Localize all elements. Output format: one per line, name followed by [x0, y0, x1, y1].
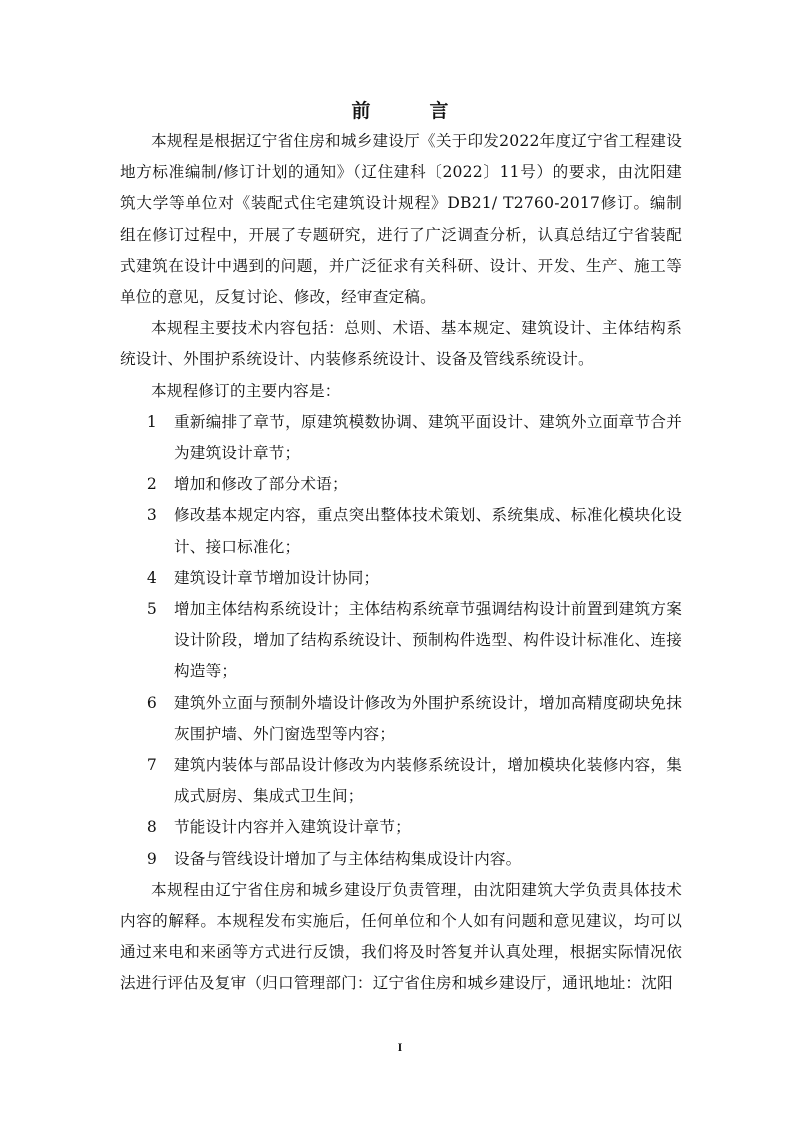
- revision-number: 6: [120, 688, 174, 750]
- page-title-text: 前 言: [351, 100, 468, 122]
- revision-number: 8: [120, 812, 174, 843]
- revision-text: 建筑外立面与预制外墙设计修改为外围护系统设计，增加高精度砌块免抹灰围护墙、外门窗…: [174, 688, 682, 750]
- revision-number: 4: [120, 563, 174, 594]
- revision-number: 9: [120, 844, 174, 875]
- technical-content-paragraph: 本规程主要技术内容包括：总则、术语、基本规定、建筑设计、主体结构系统设计、外围护…: [120, 313, 682, 375]
- document-page: 前 言 本规程是根据辽宁省住房和城乡建设厅《关于印发2022年度辽宁省工程建设地…: [0, 0, 800, 1132]
- revision-number: 5: [120, 594, 174, 688]
- revision-item: 8 节能设计内容并入建筑设计章节；: [120, 812, 682, 843]
- closing-paragraph: 本规程由辽宁省住房和城乡建设厅负责管理，由沈阳建筑大学负责具体技术内容的解释。本…: [120, 875, 682, 1000]
- revision-text: 增加主体结构系统设计；主体结构系统章节强调结构设计前置到建筑方案设计阶段，增加了…: [174, 594, 682, 688]
- revision-text: 建筑内装体与部品设计修改为内装修系统设计，增加模块化装修内容，集成式厨房、集成式…: [174, 750, 682, 812]
- revision-item: 7 建筑内装体与部品设计修改为内装修系统设计，增加模块化装修内容，集成式厨房、集…: [120, 750, 682, 812]
- revision-text: 重新编排了章节，原建筑模数协调、建筑平面设计、建筑外立面章节合并为建筑设计章节；: [174, 407, 682, 469]
- revision-intro-paragraph: 本规程修订的主要内容是：: [120, 376, 682, 407]
- revision-text: 设备与管线设计增加了与主体结构集成设计内容。: [174, 844, 682, 875]
- revision-number: 3: [120, 500, 174, 562]
- page-title: 前 言: [0, 99, 800, 123]
- revision-item: 9 设备与管线设计增加了与主体结构集成设计内容。: [120, 844, 682, 875]
- revision-number: 1: [120, 407, 174, 469]
- intro-paragraph: 本规程是根据辽宁省住房和城乡建设厅《关于印发2022年度辽宁省工程建设地方标准编…: [120, 126, 682, 313]
- revision-text: 修改基本规定内容，重点突出整体技术策划、系统集成、标准化模块化设计、接口标准化；: [174, 500, 682, 562]
- revision-item: 6 建筑外立面与预制外墙设计修改为外围护系统设计，增加高精度砌块免抹灰围护墙、外…: [120, 688, 682, 750]
- revision-item: 4 建筑设计章节增加设计协同；: [120, 563, 682, 594]
- revision-item: 5 增加主体结构系统设计；主体结构系统章节强调结构设计前置到建筑方案设计阶段，增…: [120, 594, 682, 688]
- revision-text: 节能设计内容并入建筑设计章节；: [174, 812, 682, 843]
- document-body: 本规程是根据辽宁省住房和城乡建设厅《关于印发2022年度辽宁省工程建设地方标准编…: [120, 126, 682, 1000]
- revision-number: 2: [120, 469, 174, 500]
- revision-item: 1 重新编排了章节，原建筑模数协调、建筑平面设计、建筑外立面章节合并为建筑设计章…: [120, 407, 682, 469]
- revision-item: 3 修改基本规定内容，重点突出整体技术策划、系统集成、标准化模块化设计、接口标准…: [120, 500, 682, 562]
- page-number: I: [0, 1040, 800, 1055]
- revision-item: 2 增加和修改了部分术语；: [120, 469, 682, 500]
- revision-list: 1 重新编排了章节，原建筑模数协调、建筑平面设计、建筑外立面章节合并为建筑设计章…: [120, 407, 682, 875]
- revision-number: 7: [120, 750, 174, 812]
- revision-text: 建筑设计章节增加设计协同；: [174, 563, 682, 594]
- revision-text: 增加和修改了部分术语；: [174, 469, 682, 500]
